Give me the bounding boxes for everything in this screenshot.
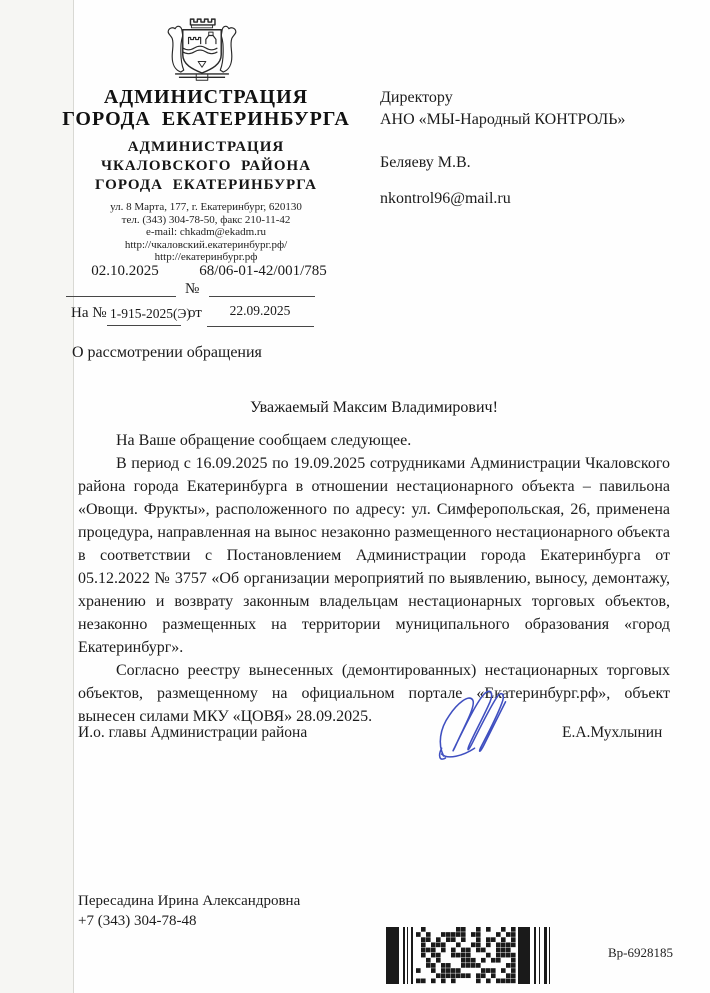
recipient-position: Директору bbox=[380, 87, 680, 109]
number-sign-label: № bbox=[185, 281, 205, 298]
letterhead-email: e-mail: chkadm@ekadm.ru bbox=[60, 226, 352, 239]
salutation: Уважаемый Максим Владимирович! bbox=[78, 399, 670, 417]
org-city-name: АДМИНИСТРАЦИЯ ГОРОДА ЕКАТЕРИНБУРГА bbox=[60, 86, 352, 130]
body-paragraph-3: Согласно реестру вынесенных (демонтирова… bbox=[78, 659, 670, 728]
letterhead-site1: http://чкаловский.екатеринбург.рф/ bbox=[60, 239, 352, 252]
recipient-name: Беляеву М.В. bbox=[380, 152, 680, 174]
signer-name: Е.А.Мухлынин bbox=[562, 724, 662, 742]
number-underline bbox=[209, 296, 315, 297]
date-underline bbox=[66, 296, 176, 297]
incoming-date: 22.09.2025 bbox=[207, 303, 313, 319]
subject-line: О рассмотрении обращения bbox=[72, 344, 262, 362]
signer-position: И.о. главы Администрации района bbox=[78, 724, 307, 742]
incoming-date-underline bbox=[207, 326, 314, 327]
barcode-icon bbox=[386, 927, 554, 984]
recipient-organization: АНО «МЫ-Народный КОНТРОЛЬ» bbox=[380, 109, 680, 131]
org-district-line2: ЧКАЛОВСКОГО РАЙОНА bbox=[60, 157, 352, 176]
body-paragraph-1: На Ваше обращение сообщаем следующее. bbox=[78, 429, 670, 452]
outgoing-number: 68/06-01-42/001/785 bbox=[196, 263, 330, 280]
outgoing-date: 02.10.2025 bbox=[75, 263, 175, 280]
letterhead-site2: http://екатеринбург.рф bbox=[60, 251, 352, 264]
incoming-number-underline bbox=[107, 325, 181, 326]
recipient-email: nkontrol96@mail.ru bbox=[380, 188, 680, 210]
org-district-line1: АДМИНИСТРАЦИЯ bbox=[60, 138, 352, 157]
body-paragraph-2: В период с 16.09.2025 по 19.09.2025 сотр… bbox=[78, 452, 670, 659]
document-id: Вр-6928185 bbox=[608, 945, 673, 961]
executor-phone: +7 (343) 304-78-48 bbox=[78, 911, 300, 931]
letterhead-phone: тел. (343) 304-78-50, факс 210-11-42 bbox=[60, 214, 352, 227]
coat-of-arms-icon bbox=[152, 12, 252, 84]
letterhead-contacts: ул. 8 Марта, 177, г. Екатеринбург, 62013… bbox=[60, 201, 352, 264]
org-city-line1: АДМИНИСТРАЦИЯ bbox=[60, 86, 352, 108]
org-city-line2: ГОРОДА ЕКАТЕРИНБУРГА bbox=[60, 108, 352, 130]
org-district-line3: ГОРОДА ЕКАТЕРИНБУРГА bbox=[60, 176, 352, 195]
letter-body: На Ваше обращение сообщаем следующее. В … bbox=[78, 429, 670, 728]
executor-name: Пересадина Ирина Александровна bbox=[78, 891, 300, 911]
executor-block: Пересадина Ирина Александровна +7 (343) … bbox=[78, 891, 300, 931]
letter-page: АДМИНИСТРАЦИЯ ГОРОДА ЕКАТЕРИНБУРГА АДМИН… bbox=[0, 0, 710, 993]
recipient-block: Директору АНО «МЫ-Народный КОНТРОЛЬ» Бел… bbox=[380, 87, 680, 210]
signature-icon bbox=[430, 686, 522, 764]
letterhead-address: ул. 8 Марта, 177, г. Екатеринбург, 62013… bbox=[60, 201, 352, 214]
incoming-number: 1-915-2025(Э) bbox=[110, 306, 200, 322]
org-district-name: АДМИНИСТРАЦИЯ ЧКАЛОВСКОГО РАЙОНА ГОРОДА … bbox=[60, 138, 352, 195]
